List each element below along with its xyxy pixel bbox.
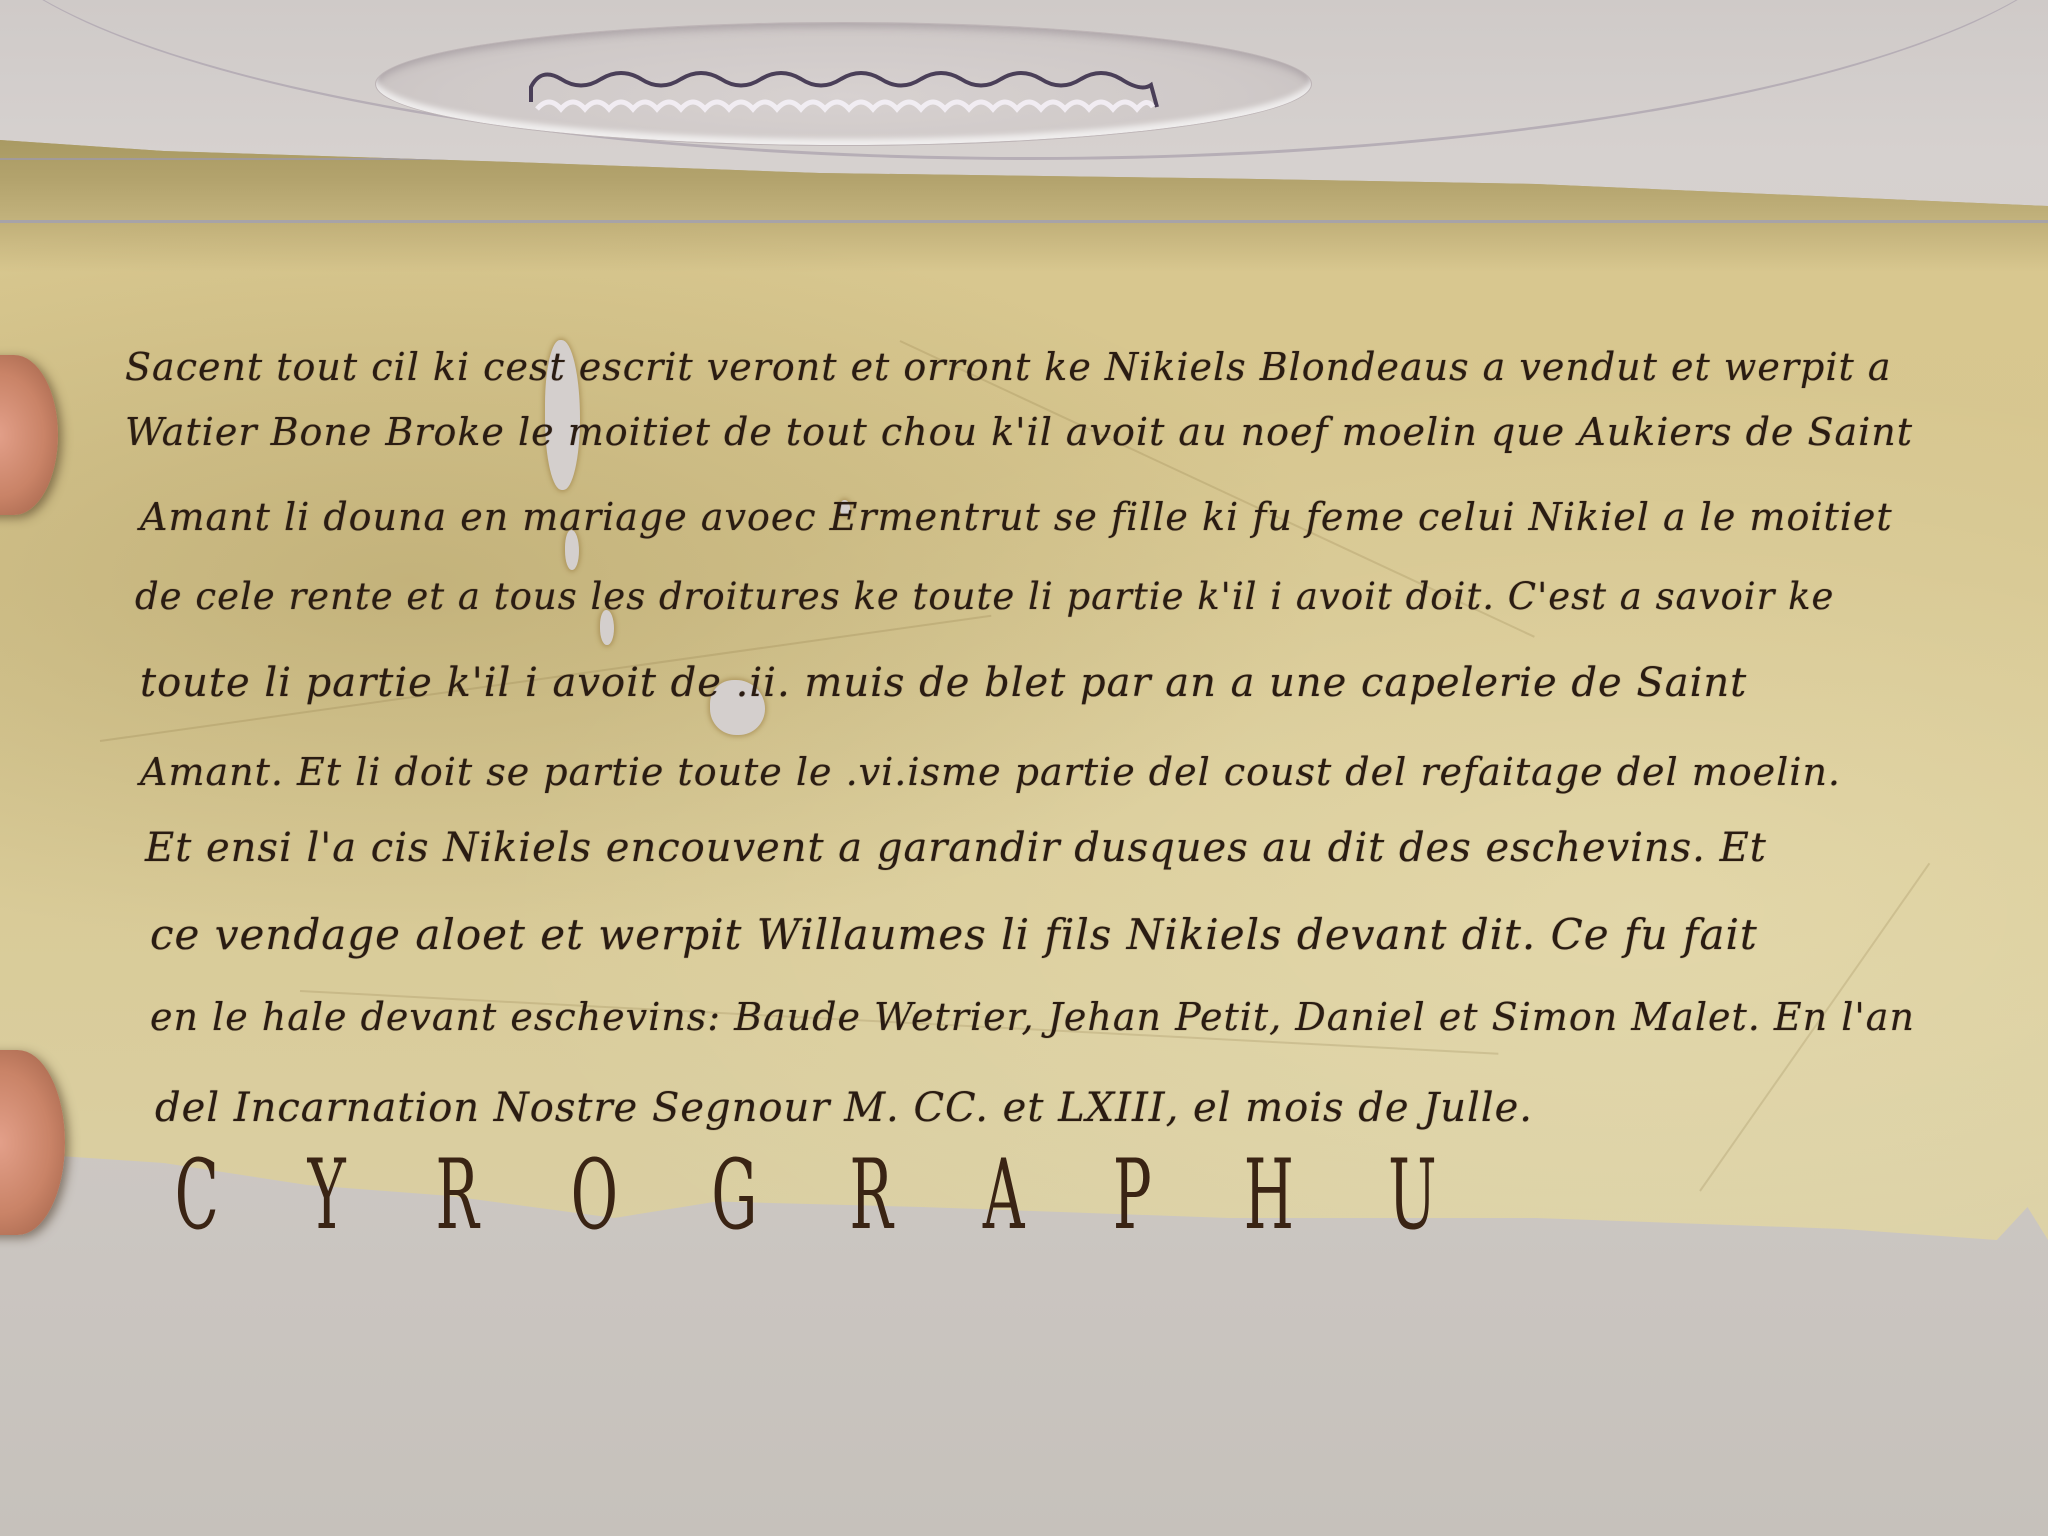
wavy-slot-icon bbox=[521, 57, 1171, 117]
chiro-letter: U bbox=[1389, 1150, 1438, 1240]
text-line-6: Amant. Et li doit se partie toute le .vi… bbox=[140, 750, 1841, 794]
text-line-10: del Incarnation Nostre Segnour M. CC. et… bbox=[155, 1085, 1533, 1131]
text-line-1: Sacent tout cil ki cest escrit veront et… bbox=[125, 345, 1891, 389]
text-line-4: de cele rente et a tous les droitures ke… bbox=[135, 575, 1834, 618]
chiro-letter: C bbox=[175, 1150, 219, 1240]
text-line-9: en le hale devant eschevins: Baude Wetri… bbox=[150, 995, 1915, 1039]
chirograph-cut-letters: C Y R O G R A P H U M bbox=[160, 1150, 1510, 1240]
chiro-letter: H bbox=[1243, 1150, 1293, 1240]
chiro-letter: A bbox=[983, 1150, 1025, 1240]
tray-oval-indent bbox=[375, 22, 1312, 146]
chiro-letter: P bbox=[1113, 1150, 1152, 1240]
text-line-3: Amant li douna en mariage avoec Ermentru… bbox=[140, 495, 1893, 539]
chiro-letter: R bbox=[435, 1150, 478, 1240]
text-line-5: toute li partie k'il i avoit de .ii. mui… bbox=[140, 660, 1747, 706]
chiro-letter: Y bbox=[308, 1150, 346, 1240]
chiro-letter: R bbox=[849, 1150, 892, 1240]
text-line-2: Watier Bone Broke le moitiet de tout cho… bbox=[125, 410, 1913, 454]
text-line-8: ce vendage aloet et werpit Willaumes li … bbox=[150, 910, 1758, 959]
chiro-letter: G bbox=[711, 1150, 757, 1240]
chiro-letter: O bbox=[571, 1150, 618, 1240]
text-line-7: Et ensi l'a cis Nikiels encouvent a gara… bbox=[145, 825, 1767, 871]
